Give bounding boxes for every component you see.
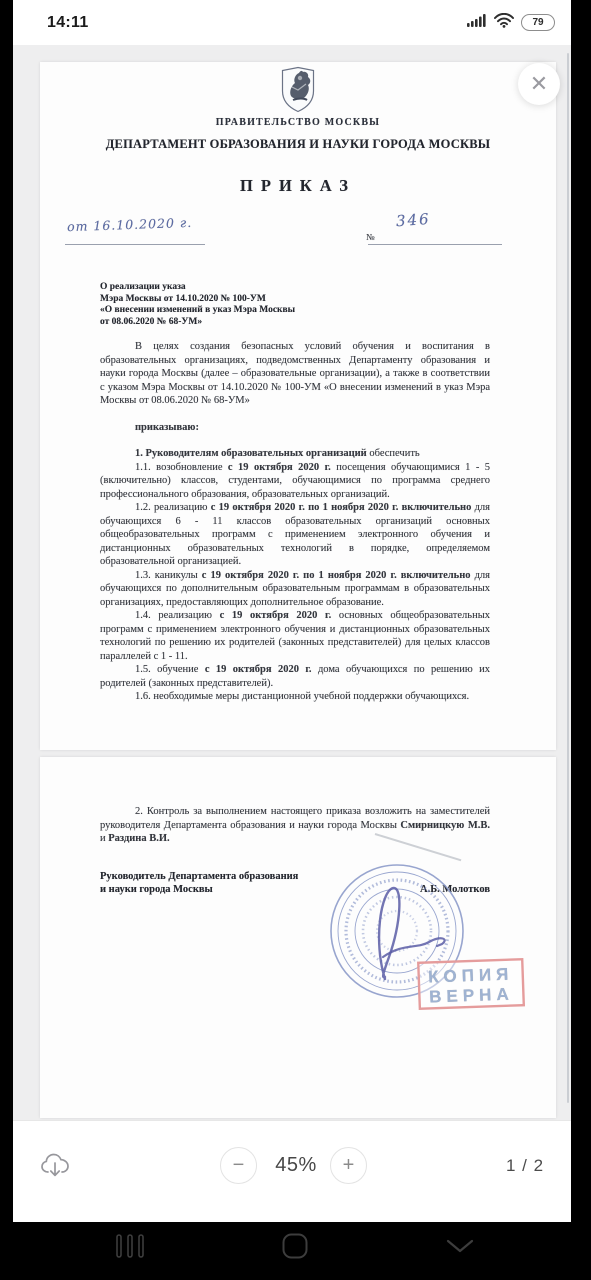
document-page-2: 2. Контроль за выполнением настоящего пр… (40, 757, 556, 1118)
signer-title: Руководитель Департамента образования и … (100, 870, 298, 897)
page-indicator: 1 / 2 (495, 1147, 555, 1184)
paragraph: 1. Руководителям образовательных организ… (100, 447, 490, 461)
paragraph: 2. Контроль за выполнением настоящего пр… (100, 805, 490, 846)
paragraph: 1.5. обучение с 19 октября 2020 г. дома … (100, 663, 490, 690)
cloud-download-icon (40, 1152, 70, 1178)
copy-stamp-text-2: ВЕРНА (429, 985, 514, 1007)
scrollbar[interactable] (567, 53, 569, 1103)
zoom-level: 45% (267, 1147, 325, 1184)
home-button[interactable] (265, 1222, 325, 1270)
recents-button[interactable] (100, 1222, 160, 1270)
recents-icon (116, 1234, 144, 1258)
order-requisites: от 16.10.2020 г. № 346 (40, 209, 556, 251)
paragraph: 1.2. реализацию с 19 октября 2020 г. по … (100, 501, 490, 569)
government-title: ПРАВИТЕЛЬСТВО МОСКВЫ (40, 117, 556, 128)
close-button[interactable]: ✕ (518, 63, 560, 105)
zoom-in-button[interactable]: + (330, 1147, 367, 1184)
paragraph: 1.6. необходимые меры дистанционной учеб… (100, 690, 490, 704)
paragraph: 1.3. каникулы с 19 октября 2020 г. по 1 … (100, 569, 490, 610)
status-bar: 14:11 (13, 0, 571, 45)
paragraph: 1.1. возобновление с 19 октября 2020 г. … (100, 461, 490, 502)
zoom-out-button[interactable]: − (220, 1147, 257, 1184)
battery-icon: 79 (521, 14, 555, 31)
phone-screen: 14:11 (0, 0, 591, 1280)
viewer-canvas[interactable]: ПРАВИТЕЛЬСТВО МОСКВЫ ДЕПАРТАМЕНТ ОБРАЗОВ… (13, 45, 571, 1120)
paragraph: В целях создания безопасных условий обуч… (100, 340, 490, 408)
department-title: ДЕПАРТАМЕНТ ОБРАЗОВАНИЯ И НАУКИ ГОРОДА М… (40, 137, 556, 152)
number-sign: № (366, 232, 375, 242)
order-title: ПРИКАЗ (40, 176, 556, 196)
moscow-coat-of-arms-icon (278, 66, 318, 113)
home-icon (282, 1233, 308, 1259)
paragraph: приказываю: (100, 421, 490, 435)
copy-stamp-icon: КОПИЯ ВЕРНА (418, 959, 524, 1009)
viewer-toolbar: − 45% + 1 / 2 (13, 1120, 571, 1222)
handwritten-number: 346 (395, 210, 431, 230)
zoom-out-icon: − (220, 1147, 257, 1184)
download-button[interactable] (37, 1149, 73, 1181)
date-field: от 16.10.2020 г. (65, 209, 205, 245)
back-button[interactable] (430, 1222, 490, 1270)
document-page-1: ПРАВИТЕЛЬСТВО МОСКВЫ ДЕПАРТАМЕНТ ОБРАЗОВ… (40, 62, 556, 750)
copy-stamp-text-1: КОПИЯ (428, 965, 514, 987)
order-subject: О реализации указа Мэра Москвы от 14.10.… (100, 282, 430, 328)
battery-percent: 79 (532, 17, 543, 28)
zoom-in-icon: + (330, 1147, 367, 1184)
clock: 14:11 (47, 14, 89, 32)
close-icon: ✕ (530, 73, 548, 95)
android-nav-bar (0, 1222, 591, 1280)
paragraph: 1.4. реализацию с 19 октября 2020 г. осн… (100, 609, 490, 663)
handwritten-date: от 16.10.2020 г. (67, 215, 193, 234)
signal-icon (467, 13, 487, 32)
order-body: В целях создания безопасных условий обуч… (100, 340, 490, 704)
official-stamp: КОПИЯ ВЕРНА (323, 855, 529, 1030)
back-chevron-icon (446, 1239, 474, 1253)
order-body-page2: 2. Контроль за выполнением настоящего пр… (100, 805, 490, 846)
number-field: № 346 (368, 209, 502, 245)
wifi-icon (494, 13, 514, 33)
document-viewer-app: 14:11 (13, 0, 571, 1280)
